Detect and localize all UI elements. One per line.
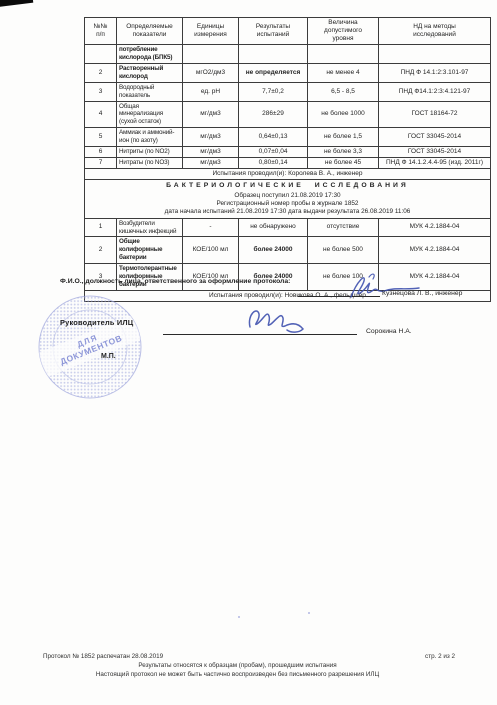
footer-disclaimer-1: Результаты относятся к образцам (пробам)…	[0, 662, 475, 669]
cell-result: не обнаружено	[239, 218, 308, 237]
table-row: потребление кислорода (БПК5)	[85, 45, 491, 64]
round-stamp: ДЛЯ ДОКУМЕНТОВ	[36, 293, 144, 401]
cell-result: 286±29	[239, 101, 308, 128]
cell-result: 7,7±0,2	[239, 82, 308, 101]
cell-unit: КОЕ/100 мл	[183, 263, 239, 290]
cell-indicator: Растворенный кислород	[117, 64, 183, 83]
cell-result: 0,07±0,04	[239, 146, 308, 157]
cell-method: МУК 4.2.1884-04	[379, 237, 491, 264]
signature-handwriting-1	[345, 269, 423, 303]
head-ilc-label: Руководитель ИЛЦ	[60, 318, 133, 327]
table-row: 4Общая минерализация (сухой остаток)мг/д…	[85, 101, 491, 128]
section-header-cell: БАКТЕРИОЛОГИЧЕСКИЕ ИССЛЕДОВАНИЯОбразец п…	[85, 180, 491, 218]
table-body: потребление кислорода (БПК5)2Растворенны…	[85, 45, 491, 301]
ink-speck	[308, 612, 310, 614]
signer-name-1: Кузнецова Л. В., инженер	[382, 290, 462, 297]
cell-indicator: Нитриты (по NO2)	[117, 146, 183, 157]
table-row: 7Нитраты (по NO3)мг/дм30,80±0,14не более…	[85, 157, 491, 168]
cell-limit: отсутствие	[308, 218, 379, 237]
cell-num: 2	[85, 237, 117, 264]
cell-unit: мг/дм3	[183, 101, 239, 128]
cell-unit: -	[183, 218, 239, 237]
cell-method: ПНД Ф 14.1:2:3.101-97	[379, 64, 491, 83]
cell-method: МУК 4.2.1884-04	[379, 218, 491, 237]
cell-method: ГОСТ 18164-72	[379, 101, 491, 128]
cell-limit: не более 45	[308, 157, 379, 168]
table-row: 3Водородный показательед. pH7,7±0,26,5 -…	[85, 82, 491, 101]
cell-num: 1	[85, 218, 117, 237]
table-row: 5Аммиак и аммоний-ион (по азоту)мг/дм30,…	[85, 128, 491, 147]
col-header-indicator: Определяемые показатели	[117, 18, 183, 45]
col-header-num: №№ п/п	[85, 18, 117, 45]
cell-result: 0,80±0,14	[239, 157, 308, 168]
table-row: 6Нитриты (по NO2)мг/дм30,07±0,04не более…	[85, 146, 491, 157]
stamp-graphic: ДЛЯ ДОКУМЕНТОВ	[36, 293, 144, 401]
col-header-result: Результаты испытаний	[239, 18, 308, 45]
cell-indicator: Водородный показатель	[117, 82, 183, 101]
footer-disclaimer-2: Настоящий протокол не может быть частичн…	[0, 671, 475, 678]
responsible-person-label: Ф.И.О., должность лица, ответственного з…	[60, 278, 290, 285]
footer-protocol-info: Протокол № 1852 распечатан 28.08.2019	[43, 653, 163, 660]
cell-num: 7	[85, 157, 117, 168]
cell-result: более 24000	[239, 263, 308, 290]
cell-indicator: потребление кислорода (БПК5)	[117, 45, 183, 64]
cell-method	[379, 45, 491, 64]
cell-indicator: Общая минерализация (сухой остаток)	[117, 101, 183, 128]
table-row: 2Растворенный кислородмгО2/дм3не определ…	[85, 64, 491, 83]
cell-unit: КОЕ/100 мл	[183, 237, 239, 264]
cell-num: 4	[85, 101, 117, 128]
section-header-row: БАКТЕРИОЛОГИЧЕСКИЕ ИССЛЕДОВАНИЯОбразец п…	[85, 180, 491, 218]
table-header: №№ п/п Определяемые показатели Единицы и…	[85, 18, 491, 45]
cell-indicator: Термотолерантные колиформные бактерии	[117, 263, 183, 290]
table-row: 3Термотолерантные колиформные бактерииКО…	[85, 263, 491, 290]
col-header-limit: Величина допустимого уровня	[308, 18, 379, 45]
scan-corner-artifact	[0, 0, 33, 7]
cell-limit: не менее 4	[308, 64, 379, 83]
cell-result	[239, 45, 308, 64]
cell-num: 2	[85, 64, 117, 83]
cell-limit: 6,5 - 8,5	[308, 82, 379, 101]
section-info-line: Образец поступил 21.08.2019 17:30	[87, 192, 488, 200]
table-row: 1Возбудители кишечных инфекций-не обнару…	[85, 218, 491, 237]
cell-indicator: Общие колиформные бактерии	[117, 237, 183, 264]
cell-result: не определяется	[239, 64, 308, 83]
cell-limit: не более 1000	[308, 101, 379, 128]
signer-name-2: Сорокина Н.А.	[366, 328, 412, 335]
stamp-place-label: М.П.	[101, 353, 116, 360]
cell-unit: ед. pH	[183, 82, 239, 101]
signature-handwriting-2	[242, 303, 310, 339]
results-table: №№ п/п Определяемые показатели Единицы и…	[84, 17, 491, 302]
section-info-line: дата начала испытаний 21.08.2019 17:30 д…	[87, 208, 488, 216]
table-row: 2Общие колиформные бактерииКОЕ/100 млбол…	[85, 237, 491, 264]
cell-indicator: Аммиак и аммоний-ион (по азоту)	[117, 128, 183, 147]
cell-limit	[308, 45, 379, 64]
cell-num: 5	[85, 128, 117, 147]
col-header-unit: Единицы измерения	[183, 18, 239, 45]
cell-unit: мг/дм3	[183, 128, 239, 147]
cell-method: ГОСТ 33045-2014	[379, 128, 491, 147]
ink-speck	[238, 616, 240, 618]
cell-num: 3	[85, 82, 117, 101]
col-header-method: НД на методы исследований	[379, 18, 491, 45]
cell-unit	[183, 45, 239, 64]
executor-note: Испытания проводил(и): Королева В. А., и…	[85, 169, 491, 180]
cell-limit: не более 3,3	[308, 146, 379, 157]
header-row: №№ п/п Определяемые показатели Единицы и…	[85, 18, 491, 45]
section-title: БАКТЕРИОЛОГИЧЕСКИЕ ИССЛЕДОВАНИЯ	[87, 182, 488, 190]
cell-result: 0,64±0,13	[239, 128, 308, 147]
cell-unit: мг/дм3	[183, 146, 239, 157]
cell-indicator: Нитраты (по NO3)	[117, 157, 183, 168]
cell-indicator: Возбудители кишечных инфекций	[117, 218, 183, 237]
executor-row: Испытания проводил(и): Королева В. А., и…	[85, 169, 491, 180]
cell-method: ПНД Ф 14.1.2.4.4-95 (изд. 2011г)	[379, 157, 491, 168]
cell-num	[85, 45, 117, 64]
cell-unit: мгО2/дм3	[183, 64, 239, 83]
cell-limit: не более 1,5	[308, 128, 379, 147]
cell-method: ГОСТ 33045-2014	[379, 146, 491, 157]
cell-method: ПНД Ф14.1:2:3:4.121-97	[379, 82, 491, 101]
cell-num: 6	[85, 146, 117, 157]
cell-limit: не более 500	[308, 237, 379, 264]
cell-unit: мг/дм3	[183, 157, 239, 168]
footer-page-number: стр. 2 из 2	[425, 653, 455, 660]
cell-num: 3	[85, 263, 117, 290]
cell-result: более 24000	[239, 237, 308, 264]
protocol-page: №№ п/п Определяемые показатели Единицы и…	[0, 0, 497, 705]
